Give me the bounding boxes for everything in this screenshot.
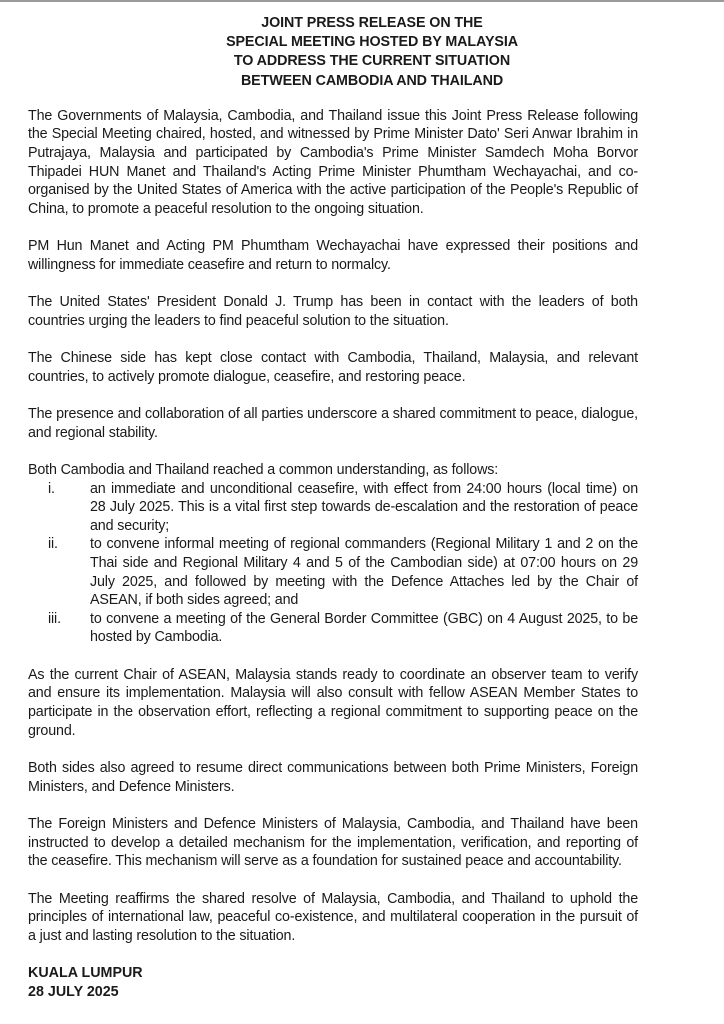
document-title: JOINT PRESS RELEASE ON THE SPECIAL MEETI… — [28, 14, 716, 91]
list-item-number: i. — [28, 480, 90, 536]
paragraph-commitment: The presence and collaboration of all pa… — [28, 405, 638, 442]
paragraph-mechanism: The Foreign Ministers and Defence Minist… — [28, 815, 638, 871]
list-item: iii. to convene a meeting of the General… — [28, 610, 638, 647]
paragraph-communications: Both sides also agreed to resume direct … — [28, 759, 638, 796]
top-border — [0, 0, 724, 2]
list-item: ii. to convene informal meeting of regio… — [28, 535, 638, 609]
title-line: TO ADDRESS THE CURRENT SITUATION — [28, 52, 716, 71]
paragraph-intro: The Governments of Malaysia, Cambodia, a… — [28, 107, 638, 219]
paragraph-reaffirm: The Meeting reaffirms the shared resolve… — [28, 890, 638, 946]
press-release-page: JOINT PRESS RELEASE ON THE SPECIAL MEETI… — [28, 14, 716, 1001]
title-line: BETWEEN CAMBODIA AND THAILAND — [28, 72, 716, 91]
list-item-number: iii. — [28, 610, 90, 647]
paragraph-asean-observer: As the current Chair of ASEAN, Malaysia … — [28, 666, 638, 740]
understanding-list: i. an immediate and unconditional ceasef… — [28, 480, 638, 647]
place-line: KUALA LUMPUR — [28, 964, 716, 983]
list-item-number: ii. — [28, 535, 90, 609]
list-intro: Both Cambodia and Thailand reached a com… — [28, 461, 638, 480]
paragraph-positions: PM Hun Manet and Acting PM Phumtham Wech… — [28, 237, 638, 274]
title-line: JOINT PRESS RELEASE ON THE — [28, 14, 716, 33]
paragraph-china-contact: The Chinese side has kept close contact … — [28, 349, 638, 386]
date-line: 28 JULY 2025 — [28, 983, 716, 1002]
list-item-text: to convene informal meeting of regional … — [90, 535, 638, 609]
list-item-text: to convene a meeting of the General Bord… — [90, 610, 638, 647]
paragraph-us-contact: The United States' President Donald J. T… — [28, 293, 638, 330]
list-item-text: an immediate and unconditional ceasefire… — [90, 480, 638, 536]
title-line: SPECIAL MEETING HOSTED BY MALAYSIA — [28, 33, 716, 52]
list-item: i. an immediate and unconditional ceasef… — [28, 480, 638, 536]
